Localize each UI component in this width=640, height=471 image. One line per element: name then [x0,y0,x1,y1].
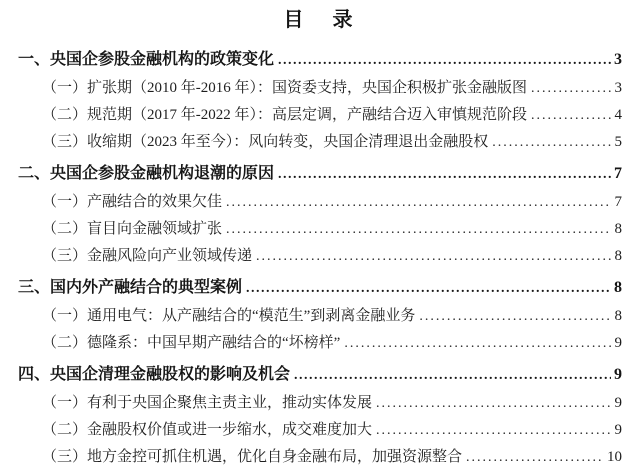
page-number: 8 [615,303,623,330]
toc-item-label: （三）地方金控可抓住机遇，优化自身金融布局，加强资源整合 [42,444,462,471]
toc-item-label: （一）有利于央国企聚焦主责主业，推动实体发展 [42,390,372,417]
toc-item-label: （三）金融风险向产业领域传递 [42,243,252,270]
page-number: 9 [615,330,623,357]
toc-item-label: （一）扩张期（2010 年-2016 年）：国资委支持，央国企积极扩张金融版图 [42,75,527,102]
page-number: 8 [615,216,623,243]
toc-item-row: （一）扩张期（2010 年-2016 年）：国资委支持，央国企积极扩张金融版图 … [18,75,622,102]
page-number: 4 [615,102,623,129]
dot-leader [278,158,611,190]
dot-leader [376,390,611,417]
dot-leader [226,216,611,243]
toc-item-row: （二）德隆系：中国早期产融结合的“坏榜样” 9 [18,330,622,357]
toc-item-label: （三）收缩期（2023 年至今）：风向转变，央国企清理退出金融股权 [42,129,488,156]
document-page: 目 录 一、央国企参股金融机构的政策变化 3 （一）扩张期（2010 年-201… [0,0,640,471]
dot-leader [531,102,612,129]
toc-item-row: （三）地方金控可抓住机遇，优化自身金融布局，加强资源整合 10 [18,444,622,471]
dot-leader [466,444,604,471]
dot-leader [376,417,611,444]
toc-section-label: 三、国内外产融结合的典型案例 [18,272,242,303]
dot-leader [294,359,611,391]
toc-item-label: （二）德隆系：中国早期产融结合的“坏榜样” [42,330,340,357]
toc-item-row: （三）金融风险向产业领域传递 8 [18,243,622,270]
page-number: 7 [615,189,623,216]
toc-section-label: 一、央国企参股金融机构的政策变化 [18,44,274,75]
page-number: 9 [614,359,622,390]
toc-item-row: （一）产融结合的效果欠佳 7 [18,189,622,216]
toc-item-row: （二）金融股权价值或进一步缩水，成交难度加大 9 [18,417,622,444]
toc-section-row: 四、央国企清理金融股权的影响及机会 9 [18,359,622,390]
page-number: 3 [614,44,622,75]
dot-leader [344,330,611,357]
toc-item-row: （二）盲目向金融领域扩张 8 [18,216,622,243]
toc-item-label: （二）盲目向金融领域扩张 [42,216,222,243]
toc-item-row: （二）规范期（2017 年-2022 年）：高层定调，产融结合迈入审慎规范阶段 … [18,102,622,129]
page-number: 10 [607,444,622,471]
toc-section-label: 四、央国企清理金融股权的影响及机会 [18,359,290,390]
dot-leader [419,303,611,330]
dot-leader [278,44,611,76]
toc-item-row: （一）有利于央国企聚焦主责主业，推动实体发展 9 [18,390,622,417]
toc-section-row: 二、央国企参股金融机构退潮的原因 7 [18,158,622,189]
page-number: 9 [615,390,623,417]
toc-item-label: （一）产融结合的效果欠佳 [42,189,222,216]
page-number: 8 [614,272,622,303]
toc-item-row: （一）通用电气：从产融结合的“模范生”到剥离金融业务 8 [18,303,622,330]
page-title: 目 录 [18,8,622,32]
toc-section-row: 一、央国企参股金融机构的政策变化 3 [18,44,622,75]
table-of-contents: 一、央国企参股金融机构的政策变化 3 （一）扩张期（2010 年-2016 年）… [18,44,622,471]
dot-leader [246,272,611,304]
page-number: 7 [614,158,622,189]
toc-section-label: 二、央国企参股金融机构退潮的原因 [18,158,274,189]
page-number: 9 [615,417,623,444]
toc-item-row: （三）收缩期（2023 年至今）：风向转变，央国企清理退出金融股权 5 [18,129,622,156]
toc-item-label: （一）通用电气：从产融结合的“模范生”到剥离金融业务 [42,303,415,330]
toc-section-row: 三、国内外产融结合的典型案例 8 [18,272,622,303]
dot-leader [256,243,611,270]
dot-leader [492,129,611,156]
toc-item-label: （二）规范期（2017 年-2022 年）：高层定调，产融结合迈入审慎规范阶段 [42,102,527,129]
page-number: 3 [615,75,623,102]
page-number: 8 [615,243,623,270]
toc-item-label: （二）金融股权价值或进一步缩水，成交难度加大 [42,417,372,444]
dot-leader [226,189,611,216]
dot-leader [531,75,612,102]
page-number: 5 [615,129,623,156]
